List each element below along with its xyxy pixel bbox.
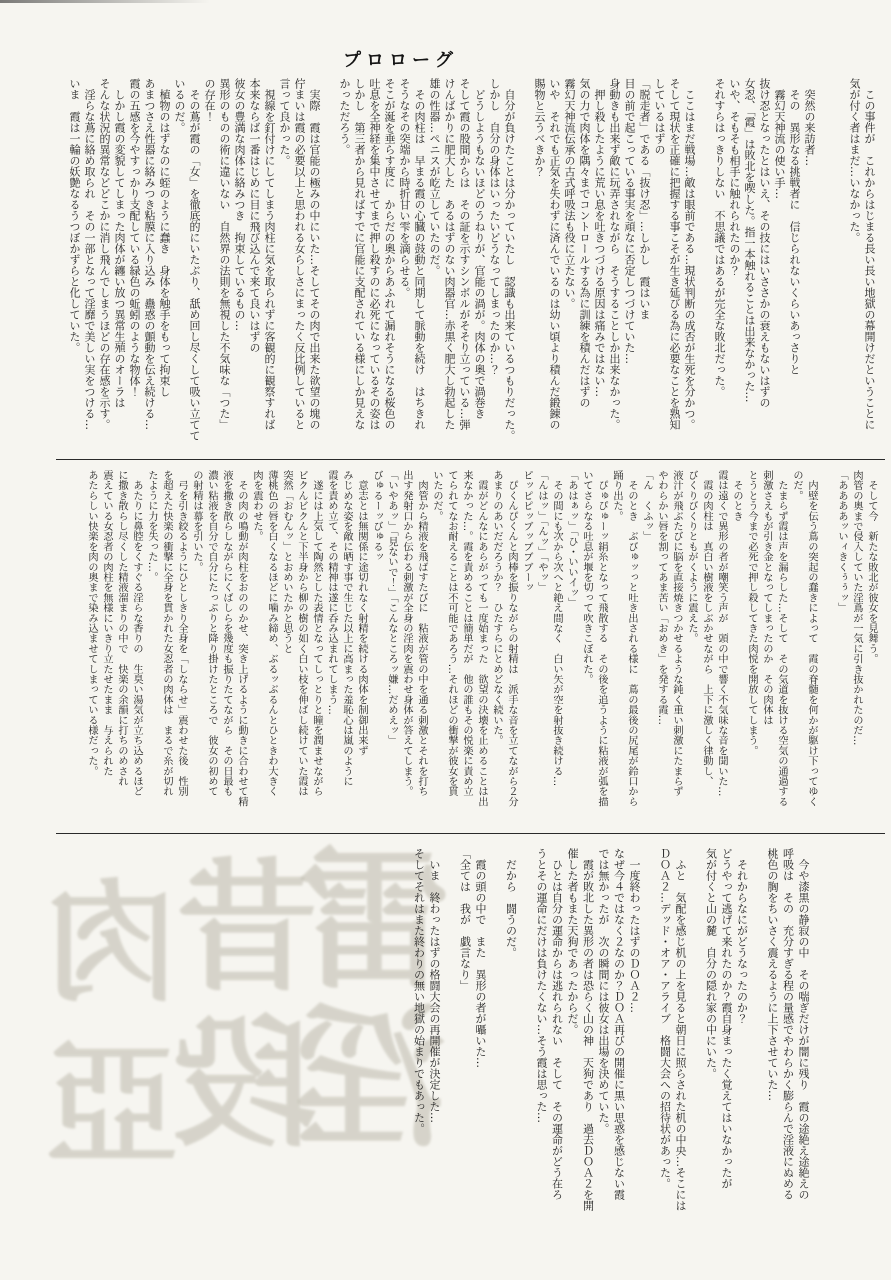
bleedthrough-glyph: 亞 — [46, 1040, 178, 1172]
page-title: プロローグ — [0, 46, 801, 72]
text-column: その肉柱は 早まる霞の心臓の鼓動と同期して脈動を続け はちきれ — [412, 78, 427, 460]
text-column: 霞は遠くで異形の者が嘲笑う声が 頭の中で響く不気味な音を聞いた… — [714, 470, 729, 830]
text-column: たまらず霞は声を漏らした…そして その気道を抜ける空気の通過する — [774, 470, 789, 830]
text-column: だから 闘うのだ。 — [503, 848, 519, 1240]
text-column: その肉の鳴動が肉柱をおののかせ、突き上げるように動きに合わせて精 — [234, 470, 249, 830]
text-column: ここはまだ戦場…敵は眼前である…現状判断の成否が生死を分かつ。 — [682, 78, 697, 460]
text-column: 目の前で起こっている事実を頑なに否定しつづけていた… — [622, 78, 637, 460]
text-column: 気の力で肉体を隅々までコントロールする為に訓練を積んだはずの — [577, 78, 592, 460]
text-column: 肉を震わせた。 — [249, 470, 264, 830]
text-column — [688, 848, 703, 1240]
text-column: 桃色の胸をちいさく震えるように上下させていた… — [765, 848, 781, 1240]
text-column: あまりのあいだだろうか？ ひたすらにとめどなく続いた。 — [489, 470, 504, 830]
text-column: あたらしい快楽を肉の奥まで染み込ませてしまっている様だった。 — [84, 470, 99, 830]
text-column: そこが涎を垂らす度に からだの奥からあふれて漏れそうになる桜色の — [382, 78, 397, 460]
text-column: 液汁が飛ぶたびに脳を直接焼きつかせるような鈍く重い刺激にたまらず — [669, 470, 684, 830]
text-column: 自分が負けたことは分かっていたし 認識も出来ているつもりだった。 — [502, 78, 517, 460]
text-column: いや それでも正気を失わずに済んでいるのは幼い頃より積んだ鍛錬の — [547, 78, 562, 460]
text-column: ＤＯＡ２…デッド・オア・アライブ 格闘大会への招待状があった。 — [657, 848, 673, 1240]
text-column: 突然の来訪者… — [802, 78, 817, 460]
text-column: 踊り出た。 — [609, 470, 624, 830]
text-column: に撒き散らし尽くした精液溜まりの中で 快楽の余韻に打ちのめされ — [114, 470, 129, 830]
text-column: 「脱走者」である「抜け忍」…しかし 霞はいま — [637, 78, 652, 460]
section-divider — [56, 833, 885, 834]
text-column: 気が付くと山の麓 自分の隠れ家の中にいた。 — [703, 848, 719, 1240]
text-column — [817, 78, 832, 460]
text-column: 押し殺したように荒い息を吐きつづける原因は痛みではない… — [592, 78, 607, 460]
text-column: 女忍、「霞」は敗北を喫した。指一本触れることは出来なかった… — [742, 78, 757, 460]
text-column: 「あはぁッ」「ひ・いいイッ」 — [564, 470, 579, 830]
text-column: 薄桃色の唇を白くなるほどに噛み締め、ぶるッぶるんとひときわ大きく — [264, 470, 279, 830]
text-column: かっただろう。 — [337, 78, 352, 460]
text-column: 賜物と云うべきか？ — [532, 78, 547, 460]
prologue-text-block-3: 今や漆黒の静寂の中 その喘ぎだけが闇に残り 霞の途絶え途絶えの呼吸は その 充分… — [411, 848, 811, 1240]
text-column: 肉管の奥まで侵入していた淫蔦が一気に引き抜かれたのだ… — [849, 470, 864, 830]
text-column: それすらはっきりしない 不思議ではあるが完全な敗北だった。 — [712, 78, 727, 460]
text-column: どうやって逃げて来れたのか？霞自身まったく覚えてはいなかったが — [719, 848, 735, 1240]
text-column: しているはずの — [652, 78, 667, 460]
text-column: 突然「おむんッ」とおめいたかと思うと — [279, 470, 294, 830]
bleedthrough-glyph: 段 — [174, 1014, 316, 1156]
text-column: 霧幻天神流の使い手… — [772, 78, 787, 460]
text-column: 霞が敗北した異形の者は恐らく山の神 天狗であり 過去ＤＯＡ２を開 — [580, 848, 596, 1240]
text-column — [697, 78, 712, 460]
text-column: 弓を引き絞るようにひとしきり全身を「しならせ」震わせた後 性別 — [174, 470, 189, 830]
text-column: 震えている女忍者の肉柱を無様にいきり立たせたまま 与えられた — [99, 470, 114, 830]
text-column: 佇まいは霞の必要以上と思われる女らしさにまったく反比例していると — [292, 78, 307, 460]
text-column: の存在！ — [202, 78, 217, 460]
text-column: 気が付く者はまだ…いなかった。 — [847, 78, 862, 460]
text-column: では無かったが 次の瞬間には彼女は出場を決めていた。 — [596, 848, 612, 1240]
text-column: ピッピピッブッブブブーッ — [519, 470, 534, 830]
text-column: そのとき ぶびゅッっと吐き出される様に 蔦の最後の尻尾が鈴口から — [624, 470, 639, 830]
text-column: 霞の五感を今やすっかり支配している緑色の蚯蚓のような物体！ — [127, 78, 142, 460]
text-column: 「全ては 我が 戯言なり」 — [457, 848, 473, 1240]
text-column: ビクんビクんと下半身から柳の樹の如く白い枝を伸ばし続けていた霞は — [294, 470, 309, 830]
text-column: 霞の頭の中で また 異形の者が囁いた… — [473, 848, 489, 1240]
text-column: その 異形なる挑戦者に 信じられないくらいあっさりと — [787, 78, 802, 460]
text-column: あたりに鼻腔をくすぐる淫らな香りの 生臭い湯気が立ち込めるほど — [129, 470, 144, 830]
text-column: ひとは自分の運命からは逃れられない そして その運命がどう在ろ — [549, 848, 565, 1240]
bleedthrough-glyph: 昔 — [176, 858, 318, 1000]
text-column: しかし霞の変貌してしまった肉体が纏い放つ異常生殖のオーラは — [112, 78, 127, 460]
text-column: 彼女の豊満な肉体に絡みつき 拘束しているもの… — [232, 78, 247, 460]
text-column: 遂には上気して陶然とした表情となってしっとりと瞳を潤ませながら — [309, 470, 324, 830]
text-column: その間にも次から次へと絶え間なく 白い矢が空を射抜き続ける… — [549, 470, 564, 830]
text-column: 言って良かった。 — [277, 78, 292, 460]
text-column — [642, 848, 657, 1240]
text-column: 出す発射口から伝わる刺激が全身の淫肉を震わせ身体が答えてしまう。 — [399, 470, 414, 830]
text-column: 異形のものの術に違いない 自然界の法則を無視した不気味な「つた」 — [217, 78, 232, 460]
text-column: 視線を釘付けにしてしまう肉柱に気を取られずに客観的に観察すれば — [262, 78, 277, 460]
text-column: 吐息を全神経を集中させてまで押し殺すのに必死になっているその姿は — [367, 78, 382, 460]
text-column: 呼吸は その 充分すぎる程の量感でやわらかく膨らんで淫液にぬめる — [780, 848, 796, 1240]
text-column: ぴくんぴくんと肉棒を振りながらの射精は 派手な音を立てながら２分 — [504, 470, 519, 830]
text-column: 「いやあッ」「見ないで！」「こんなところッ嫌…だめえッ」 — [384, 470, 399, 830]
text-column: この事件が これからはじまる長い長い地獄の幕開けだということに — [862, 78, 877, 460]
text-column: 「ああああッいィきくぅぅッ」 — [834, 470, 849, 830]
text-column: 来なかった…。霞を責めることは簡単だが 他の誰もその悦楽に責め立 — [459, 470, 474, 830]
text-column: しかし 第三者から見ればすでに官能に支配されている様にしか見えな — [352, 78, 367, 460]
text-column — [832, 78, 847, 460]
text-column: いてさらなる吐息が堰を切って吹きこぼれた。 — [579, 470, 594, 830]
scan-edge-shadow — [0, 0, 210, 3]
text-column: それからなにがどうなったのか？ — [734, 848, 750, 1240]
text-column: どうしようもないほどのうねりが、官能の渦が。肉体の奥で渦巻き — [472, 78, 487, 460]
text-column: そのとき — [729, 470, 744, 830]
text-column: 催した者もまた天狗であったからだ。 — [565, 848, 581, 1240]
text-column: 霞がどんなにあらがっても一度始まった 欲望の決壊を止めることは出 — [474, 470, 489, 830]
text-column: 液を撒き散らしながらにくばしらを幾度も振りたてながら その日最も — [219, 470, 234, 830]
bleedthrough-glyph: 肉 — [46, 878, 178, 1010]
text-column: を超えた快楽の衝撃に全身を貫かれた女忍者の肉体は まるで糸が切れ — [159, 470, 174, 830]
text-column: そうなその突端から時折甘い雫を滴らせる。 — [397, 78, 412, 460]
text-column: ふと 気配を感じ机の上を見ると朝日に照らされた机の中央…そこには — [673, 848, 689, 1240]
text-column: けんばかりに肥大した あるはずのない肉器官…赤黒く肥大し勃起した — [442, 78, 457, 460]
text-column: 本来ならば一番はじめに目に飛び込んで来て良いはずの — [247, 78, 262, 460]
text-column: 肉管から精液を飛ばすたびに 粘液が管の中を通る刺激とそれを打ち — [414, 470, 429, 830]
text-column: みじめな姿を敵に晒す事で生じた以上に高まった羞恥心は嵐のように — [339, 470, 354, 830]
text-column — [517, 78, 532, 460]
text-column: うとその運命にだけは負けたくない…そう霞は思った… — [534, 848, 550, 1240]
text-column: いま 霞は一輪の妖艶なるうつぼかずらと化していた。 — [67, 78, 82, 460]
text-column: いたのだ。 — [429, 470, 444, 830]
section-divider — [56, 459, 885, 460]
text-column — [488, 848, 503, 1240]
text-column: とうとう今まで必死で押し殺してきた肉悦を開放してしまう。 — [744, 470, 759, 830]
text-column: てられてなお耐えることは不可能であろう…それほどの衝撃が彼女を貫 — [444, 470, 459, 830]
text-column: 抜け忍となったとはいえ、その技にはいささかの衰えもないはずの — [757, 78, 772, 460]
text-column: 「んはッ」「んッ」「やッ」 — [534, 470, 549, 830]
text-column: ぴゅぴゅーッ絹糸となって飛散する その後を追うように粘液が弧を描 — [594, 470, 609, 830]
text-column: いや、そもそも相手に触れられたのか？ — [727, 78, 742, 460]
text-column: なぜ今４ではなく２なのか？ＤＯＡ再びの開催に黒い思惑を感じない霞 — [611, 848, 627, 1240]
text-column: の射精は幕を引いた。 — [189, 470, 204, 830]
text-column: びゅるーッびゅるッ — [369, 470, 384, 830]
text-column — [750, 848, 765, 1240]
text-column: そんな状況的異常などどこかに消し飛んでしまうほどの存在感を示す。 — [97, 78, 112, 460]
text-column: 淫らな蔦に絡め取られ その一部となって淫靡で美しい実をつける… — [82, 78, 97, 460]
text-column: そして霞の股間からは その証を示すシンボルがそそり立っている…弾 — [457, 78, 472, 460]
text-column: やわらかい唇を割ってあま苦い「おめき」を発する霞… — [654, 470, 669, 830]
text-column: しかし 自分の身体はいったいどうなってしまったのか…？ — [487, 78, 502, 460]
text-column: あまつさえ性器に絡みつき粘膜に入り込み 蠱惑の顫動を伝え続ける… — [142, 78, 157, 460]
text-column: 実際 霞は官能の極みの中にいた…そしてその肉で出来た欲望の塊の — [307, 78, 322, 460]
text-column: そしてそれはまた終わりの無い地獄の始まりでもあった。 — [411, 848, 427, 1240]
text-column: 雄の性器…ペニスが屹立していたのだ。 — [427, 78, 442, 460]
text-column: のだ。 — [789, 470, 804, 830]
text-column: たように力を失った…。 — [144, 470, 159, 830]
text-column: 今や漆黒の静寂の中 その喘ぎだけが闇に残り 霞の途絶え途絶えの — [796, 848, 812, 1240]
text-column: 身動きも出来ず敵に玩弄されながら そうすることしか出来なかった。 — [607, 78, 622, 460]
text-column: 内壁を伝う蔦の突起の蠢きによって 霞の脊髄を何かが駆け下ってゆく — [804, 470, 819, 830]
prologue-text-block-1: この事件が これからはじまる長い長い地獄の幕開けだということに気が付く者はまだ…… — [67, 78, 877, 460]
prologue-text-block-2: そして今 新たな敗北が彼女を見舞う。肉管の奥まで侵入していた淫蔦が一気に引き抜か… — [84, 470, 879, 830]
text-column: 濃い粘液を自分で自分にたっぷりと降り掛けたところで 彼女の初めて — [204, 470, 219, 830]
text-column: 霞の肉柱は 真白い樹液をしぶかせながら 上下に激しく律動し、 — [699, 470, 714, 830]
text-column: いるのだ。 — [172, 78, 187, 460]
text-column — [819, 470, 834, 830]
text-column: 意志とは無関係に途切れなく射精を続ける肉体を制御出来ず — [354, 470, 369, 830]
text-column — [322, 78, 337, 460]
text-column: いま 終わったはずの格闘大会の再開催が決定した… — [427, 848, 443, 1240]
text-column: 一度終わったはずのＤＯＡ２… — [627, 848, 643, 1240]
text-column: 霞を責め立て、その精神は遂に呑み込まれてしまう… — [324, 470, 339, 830]
text-column — [519, 848, 534, 1240]
text-column: そして現状を正確に把握する事こそが生き延びる為に必要なことを熟知 — [667, 78, 682, 460]
text-column — [442, 848, 457, 1240]
scanned-novel-page: プロローグ 雷 昔 淫 段 肉 亞 この事件が これからはじまる長い長い地獄の幕… — [0, 0, 891, 1280]
text-column: 刺激さえもが引き金となってしまったのか その肉体は — [759, 470, 774, 830]
text-column: そして今 新たな敗北が彼女を見舞う。 — [864, 470, 879, 830]
text-column: その蔦が霞の「女」を徹底的にいたぶり、舐め回し尽くして吸い立てて — [187, 78, 202, 460]
text-column: びくりびくりともがくように震えた。 — [684, 470, 699, 830]
text-column: 植物のはずなのに蛭のように蠢き 身体を触手をもって拘束し — [157, 78, 172, 460]
text-column: 霧幻天神流伝承の古式呼吸法も役に立たない。 — [562, 78, 577, 460]
text-column: 「ん くふッ」 — [639, 470, 654, 830]
